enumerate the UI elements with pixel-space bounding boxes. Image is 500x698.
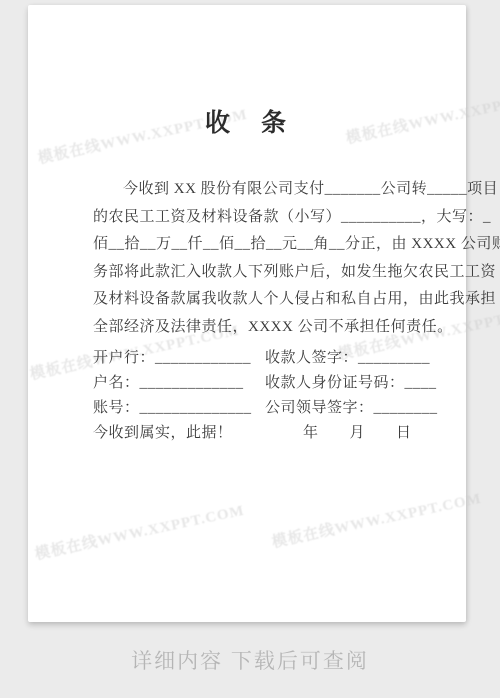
document-title: 收 条 <box>28 103 466 139</box>
field-payee-id-number: 收款人身份证号码：____ <box>265 371 469 396</box>
field-bank-name: 开户行：____________ <box>93 346 265 371</box>
field-leader-signature: 公司领导签字：________ <box>265 396 469 421</box>
body-line: 佰__拾__万__仟__佰__拾__元__角__分正，由 XXXX 公司财 <box>93 231 467 259</box>
form-column-signatures: 收款人签字：_________ 收款人身份证号码：____ 公司领导签字：___… <box>265 346 469 446</box>
form-column-bank: 开户行：____________ 户名：_____________ 账号：___… <box>93 346 265 446</box>
document-page: 模板在线WWW.XXPPT.COM 模板在线WWW.XXPPT.COM 模板在线… <box>28 5 466 622</box>
confirmation-statement: 今收到属实，此据！ <box>93 421 265 446</box>
field-payee-signature: 收款人签字：_________ <box>265 346 469 371</box>
watermark: 模板在线WWW.XXPPT.COM <box>270 487 483 552</box>
body-line: 全部经济及法律责任，XXXX 公司不承担任何责任。 <box>93 314 467 342</box>
body-line: 务部将此款汇入收款人下列账户后，如发生拖欠农民工工资 <box>93 259 467 287</box>
field-date: 年 月 日 <box>265 421 469 446</box>
signature-form: 开户行：____________ 户名：_____________ 账号：___… <box>93 346 469 446</box>
watermark: 模板在线WWW.XXPPT.COM <box>33 499 246 564</box>
field-account-name: 户名：_____________ <box>93 371 265 396</box>
body-line: 及材料设备款属我收款人个人侵占和私自占用，由此我承担 <box>93 286 467 314</box>
body-line: 今收到 XX 股份有限公司支付_______公司转_____项目 <box>93 176 467 204</box>
page-background: 模板在线WWW.XXPPT.COM 模板在线WWW.XXPPT.COM 模板在线… <box>0 0 500 698</box>
download-hint-text: 详细内容 下载后可查阅 <box>0 645 500 675</box>
document-body: 今收到 XX 股份有限公司支付_______公司转_____项目 的农民工工资及… <box>93 176 467 341</box>
body-line: 的农民工工资及材料设备款（小写）__________，大写：_ <box>93 204 467 232</box>
field-account-number: 账号：______________ <box>93 396 265 421</box>
